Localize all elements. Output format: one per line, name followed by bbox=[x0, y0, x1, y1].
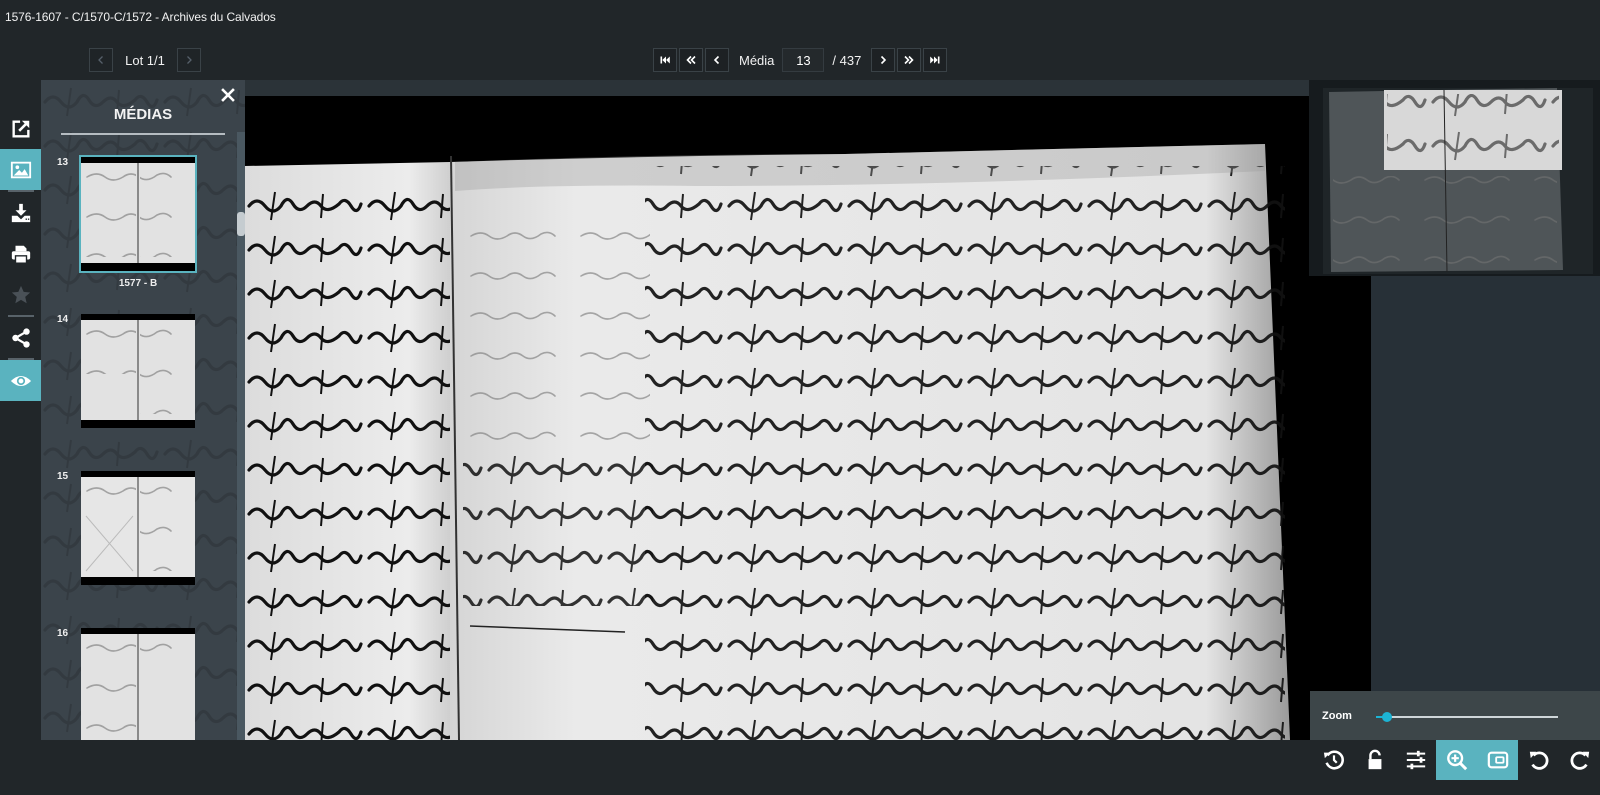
panel-title: MÉDIAS bbox=[61, 106, 225, 135]
zoom-panel: Zoom bbox=[1310, 691, 1600, 740]
viewer-side-area bbox=[1371, 276, 1600, 691]
zoom-in-button[interactable] bbox=[1436, 740, 1477, 780]
skip-first-icon bbox=[659, 54, 671, 66]
viewer-top-strip bbox=[245, 80, 1309, 96]
thumbnail-number: 15 bbox=[57, 471, 68, 482]
print-button[interactable] bbox=[0, 233, 41, 274]
thumbnail-number: 14 bbox=[57, 314, 68, 325]
lot-navigation: Lot 1/1 bbox=[89, 48, 201, 72]
side-toolbar bbox=[0, 108, 41, 401]
star-icon bbox=[10, 284, 32, 306]
media-button[interactable] bbox=[0, 149, 41, 190]
chevron-right-icon bbox=[877, 54, 889, 66]
rotate-left-icon bbox=[1528, 749, 1550, 771]
download-button[interactable] bbox=[0, 192, 41, 233]
favorite-button[interactable] bbox=[0, 274, 41, 315]
share-icon bbox=[10, 327, 32, 349]
skip-last-icon bbox=[929, 54, 941, 66]
print-icon bbox=[10, 243, 32, 265]
back-10-button[interactable] bbox=[679, 48, 703, 72]
navigator-button[interactable] bbox=[1477, 740, 1518, 780]
bottom-toolbar bbox=[0, 740, 1600, 795]
lot-label: Lot 1/1 bbox=[123, 53, 167, 68]
rotate-right-button[interactable] bbox=[1559, 740, 1600, 780]
eye-icon bbox=[10, 370, 32, 392]
zoom-label: Zoom bbox=[1322, 710, 1352, 722]
chevron-left-icon bbox=[711, 54, 723, 66]
sliders-icon bbox=[1405, 749, 1427, 771]
history-icon bbox=[1323, 749, 1345, 771]
rotate-left-button[interactable] bbox=[1518, 740, 1559, 780]
media-number-input[interactable] bbox=[782, 48, 824, 72]
image-viewer[interactable] bbox=[245, 96, 1371, 740]
lot-prev-button[interactable] bbox=[89, 48, 113, 72]
manuscript-image bbox=[245, 96, 1371, 740]
media-panel: MÉDIAS 13 1577 - B 14 15 16 bbox=[41, 80, 245, 740]
adjustments-button[interactable] bbox=[1395, 740, 1436, 780]
media-pager: Média / 437 bbox=[653, 48, 947, 72]
lot-next-button[interactable] bbox=[177, 48, 201, 72]
thumbnail-image[interactable] bbox=[81, 628, 195, 740]
lock-button[interactable] bbox=[1354, 740, 1395, 780]
thumbnail-image[interactable] bbox=[81, 314, 195, 428]
rotate-right-icon bbox=[1569, 749, 1591, 771]
thumbnail-number: 13 bbox=[57, 157, 68, 168]
open-external-button[interactable] bbox=[0, 108, 41, 149]
media-label: Média bbox=[739, 53, 774, 68]
unlock-icon bbox=[1364, 749, 1386, 771]
thumbnail-number: 16 bbox=[57, 628, 68, 639]
minimap-image bbox=[1309, 80, 1600, 276]
thumbnail-image[interactable] bbox=[81, 471, 195, 585]
image-icon bbox=[10, 159, 32, 181]
navigator-icon bbox=[1487, 749, 1509, 771]
document-title: 1576-1607 - C/1570-C/1572 - Archives du … bbox=[5, 10, 276, 24]
forward-10-button[interactable] bbox=[897, 48, 921, 72]
reset-history-button[interactable] bbox=[1313, 740, 1354, 780]
navigator-minimap[interactable] bbox=[1309, 80, 1600, 276]
close-icon[interactable] bbox=[219, 86, 237, 104]
double-chevron-right-icon bbox=[903, 54, 915, 66]
thumbnail-caption: 1577 - B bbox=[81, 278, 195, 289]
view-button[interactable] bbox=[0, 360, 41, 401]
download-icon bbox=[10, 202, 32, 224]
share-button[interactable] bbox=[0, 317, 41, 358]
zoom-in-icon bbox=[1446, 749, 1468, 771]
last-media-button[interactable] bbox=[923, 48, 947, 72]
panel-scrollbar[interactable] bbox=[237, 132, 245, 740]
chevron-right-icon bbox=[184, 55, 194, 65]
zoom-slider[interactable] bbox=[1376, 716, 1558, 718]
next-media-button[interactable] bbox=[871, 48, 895, 72]
double-chevron-left-icon bbox=[685, 54, 697, 66]
thumbnail-image[interactable] bbox=[81, 157, 195, 271]
external-link-icon bbox=[10, 118, 32, 140]
media-total: / 437 bbox=[832, 53, 861, 68]
chevron-left-icon bbox=[96, 55, 106, 65]
prev-media-button[interactable] bbox=[705, 48, 729, 72]
first-media-button[interactable] bbox=[653, 48, 677, 72]
panel-scrollbar-thumb[interactable] bbox=[237, 212, 245, 236]
zoom-slider-handle[interactable] bbox=[1382, 712, 1392, 722]
